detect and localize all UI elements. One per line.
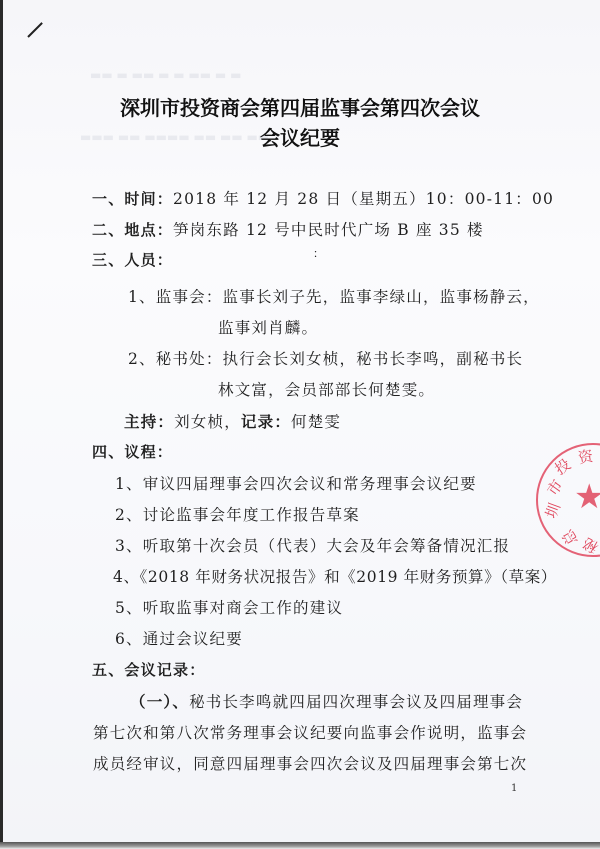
minutes-paragraph-1-line-2: 第七次和第八次常务理事会议纪要向监事会作说明，监事会 <box>93 721 527 743</box>
pen-mark-icon <box>27 22 43 38</box>
agenda-item: 3、听取第十次会员（代表）大会及年会筹备情况汇报 <box>115 534 510 556</box>
attendee-group-secretariat-line1: 2、秘书处：执行会长刘女桢，秘书长李鸣，副秘书长 <box>128 347 523 369</box>
attendee-group-secretariat-line2: 林文富，会员部部长何楚雯。 <box>218 378 435 400</box>
minutes-paragraph-1-line-3: 成员经审议，同意四届理事会四次会议及四届理事会第七次 <box>93 752 527 774</box>
minutes-label: 五、会议记录： <box>92 661 205 679</box>
recorder-value: 何楚雯 <box>291 413 341 431</box>
minutes-paragraph-text: 秘书长李鸣就四届四次理事会议及四届理事会 <box>189 693 523 711</box>
minutes-paragraph-1-line-1: （一）、秘书长李鸣就四届四次理事会议及四届理事会 <box>130 690 523 712</box>
recorder-label: 记录： <box>241 413 291 431</box>
attendees-label: 三、人员： <box>92 251 173 269</box>
agenda-item: 2、讨论监事会年度工作报告草案 <box>115 503 360 525</box>
host-recorder-line: 主持：刘女桢，记录：何楚雯 <box>124 410 341 432</box>
bleed-through-text: ▬▬ ▬ ▬▬ ▬ ▬ ▬▬ ▬ ▬ <box>90 68 241 82</box>
stray-colon-mark: ： <box>313 245 325 261</box>
time-line: 一、时间：2018 年 12 月 28 日（星期五）10：00-11：00 <box>92 187 554 209</box>
minutes-paragraph-prefix: （一）、 <box>130 693 189 711</box>
scanned-page: ▬▬ ▬ ▬▬ ▬ ▬ ▬▬ ▬ ▬ ▬▬▬ ▬▬ ▬▬▬▬ ▬▬ ▬▬ ▬▬ … <box>0 0 600 849</box>
agenda-item: 4、《2018 年财务状况报告》和《2019 年财务预算》（草案） <box>113 565 557 587</box>
attendee-group-supervisory-line2: 监事刘肖麟。 <box>218 316 318 338</box>
time-value: 2018 年 12 月 28 日（星期五）10：00-11：00 <box>173 190 554 208</box>
agenda-item: 1、审议四届理事会四次会议和常务理事会议纪要 <box>115 472 477 494</box>
page-number: 1 <box>511 783 517 794</box>
location-line: 二、地点：笋岗东路 12 号中民时代广场 B 座 35 楼 <box>92 218 484 240</box>
seal-star-icon: ★ <box>574 480 600 514</box>
agenda-item: 5、听取监事对商会工作的建议 <box>115 596 343 618</box>
document-title: 深圳市投资商会第四届监事会第四次会议 <box>0 92 600 121</box>
host-label: 主持： <box>124 413 174 431</box>
attendee-group-supervisory-line1: 1、监事会：监事长刘子先，监事李绿山，监事杨静云， <box>128 285 540 307</box>
location-value: 笋岗东路 12 号中民时代广场 B 座 35 楼 <box>173 221 484 239</box>
agenda-item: 6、通过会议纪要 <box>115 627 243 649</box>
scanner-bottom-edge <box>0 842 600 849</box>
attendees-line: 三、人员： <box>92 249 173 270</box>
agenda-label: 四、议程： <box>92 443 173 461</box>
document-subtitle: 会议纪要 <box>0 122 600 151</box>
location-label: 二、地点： <box>92 221 173 239</box>
minutes-line: 五、会议记录： <box>92 659 205 680</box>
time-label: 一、时间： <box>92 190 173 208</box>
host-value: 刘女桢， <box>174 413 241 431</box>
agenda-line: 四、议程： <box>92 441 173 462</box>
